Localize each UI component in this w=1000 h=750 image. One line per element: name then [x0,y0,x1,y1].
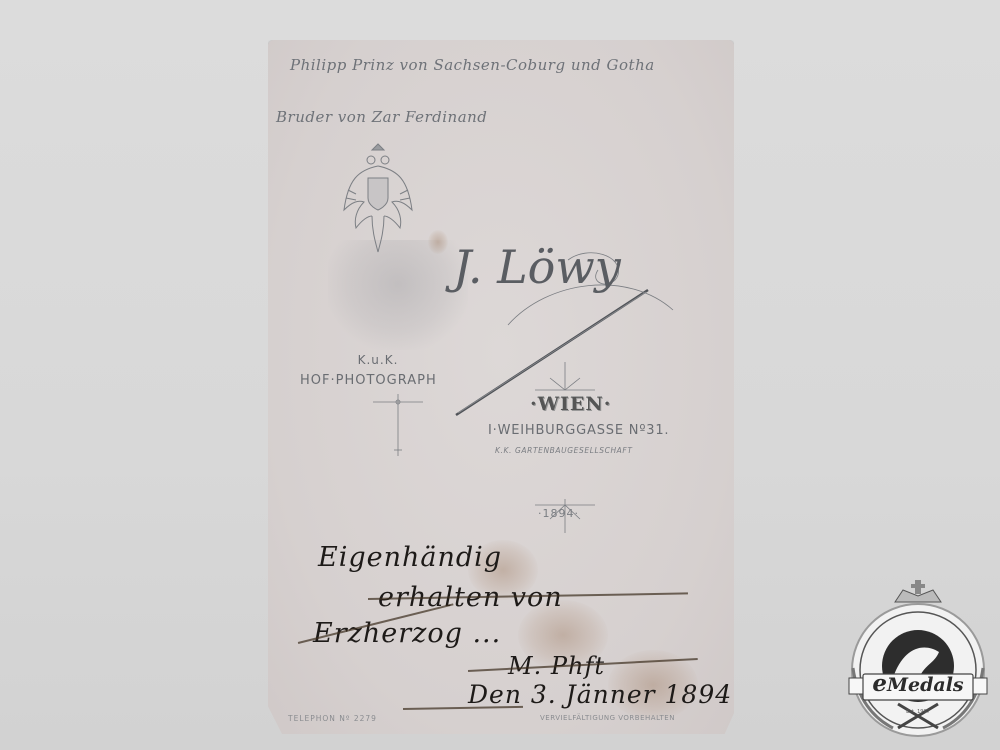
pencil-annotation-line-1: Philipp Prinz von Sachsen-Coburg und Got… [290,56,655,74]
city-name: ·WIEN· [530,393,610,415]
telephone-imprint: TELEPHON Nº 2279 [288,714,377,723]
ink-inscription-line-1: Eigenhändig [318,542,502,573]
ink-inscription-line-5: Den 3. Jänner 1894. [468,680,741,709]
cabinet-card-back: Philipp Prinz von Sachsen-Coburg und Got… [268,40,734,734]
cross-ornament-icon [368,390,428,460]
court-photographer-title: HOF·PHOTOGRAPH [300,373,437,388]
studio-address: I·WEIHBURGGASSE Nº31. [488,423,669,438]
emedals-crest-icon: Est. 1997 [843,578,993,740]
rights-reserved-imprint: VERVIELFÄLTIGUNG VORBEHALTEN [540,714,675,722]
pencil-annotation-line-2: Bruder von Zar Ferdinand [276,108,487,126]
imprint-year: ·1894· [538,507,579,520]
ink-inscription-line-3: Erzherzog ... [313,618,501,649]
double-headed-eagle-icon [338,140,418,260]
foxing-stain [428,230,448,254]
emedals-watermark: Est. 1997 eMedals [843,578,993,740]
studio-signature-logo: J. Löwy [453,240,621,294]
svg-text:Est. 1997: Est. 1997 [906,709,930,715]
society-affiliation: K.K. GARTENBAUGESELLSCHAFT [495,446,633,455]
kuk-label: K.u.K. [343,353,413,367]
emedals-brand-text: eMedals [843,670,993,697]
